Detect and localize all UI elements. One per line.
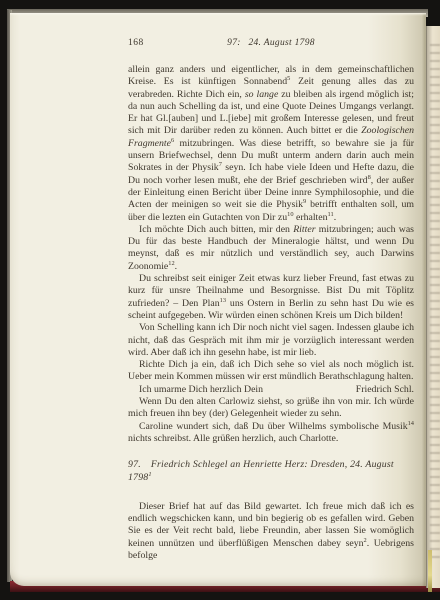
- footnote-marker: 1: [148, 471, 151, 478]
- paragraph: Caroline wundert sich, daß Du über Wilhe…: [128, 421, 414, 446]
- paragraph: Du schreibst seit einiger Zeit etwas kur…: [128, 273, 414, 322]
- text-run: Wenn Du den alten Carlowiz siehst, so gr…: [128, 396, 414, 419]
- paragraph: Richte Dich ja ein, daß ich Dich sehe so…: [128, 359, 414, 384]
- paragraph: Von Schelling kann ich Dir noch nicht vi…: [128, 322, 414, 359]
- closing-line: Ich umarme Dich herzlich Dein: [128, 384, 263, 396]
- text-run: Caroline wundert sich, daß Du über Wilhe…: [139, 421, 408, 432]
- letter-97-body: Dieser Brief hat auf das Bild gewartet. …: [128, 501, 414, 562]
- text-run: Ich möchte Dich auch bitten, mir den: [139, 224, 293, 235]
- running-title: 97: 24. August 1798: [128, 37, 414, 49]
- page-header: 168 97: 24. August 1798: [128, 37, 414, 49]
- paragraph: Ich möchte Dich auch bitten, mir den Rit…: [128, 224, 414, 273]
- text-run: Ich umarme Dich herzlich Dein: [139, 384, 263, 395]
- footnote-marker: 14: [408, 420, 414, 427]
- facing-page-showthrough-text: [430, 44, 440, 558]
- text-run: .: [175, 261, 177, 272]
- text-run: so lange: [245, 89, 278, 100]
- text-run: Von Schelling kann ich Dir noch nicht vi…: [128, 322, 414, 358]
- letter-96-body: allein ganz anders und eigentlicher, als…: [128, 64, 414, 445]
- page-edge-highlight: [428, 550, 432, 592]
- text-run: erhalten: [294, 212, 328, 223]
- text-run: nichts schreibst. Alle grüßen herzlich, …: [128, 433, 338, 444]
- text-run: Richte Dich ja ein, daß ich Dich sehe so…: [128, 359, 414, 382]
- text-run: [141, 459, 151, 470]
- facing-page-edge: [426, 26, 440, 588]
- book-page: 168 97: 24. August 1798 allein ganz ande…: [10, 13, 426, 586]
- paragraph: allein ganz anders und eigentlicher, als…: [128, 64, 414, 224]
- signature: Friedrich Schl.: [356, 384, 414, 396]
- paragraph: Dieser Brief hat auf das Bild gewartet. …: [128, 501, 414, 562]
- letter-97-heading: 97. Friedrich Schlegel an Henriette Herz…: [128, 459, 414, 484]
- text-run: Friedrich Schlegel an Henriette Herz: Dr…: [128, 459, 394, 482]
- text-run: Ritter: [293, 224, 315, 235]
- paragraph: Ich umarme Dich herzlich DeinFriedrich S…: [128, 384, 414, 396]
- page-number: 168: [128, 37, 144, 49]
- book-photo: 168 97: 24. August 1798 allein ganz ande…: [0, 0, 440, 600]
- text-run: .: [334, 212, 336, 223]
- paragraph: Wenn Du den alten Carlowiz siehst, so gr…: [128, 396, 414, 421]
- text-run: 97.: [128, 459, 141, 470]
